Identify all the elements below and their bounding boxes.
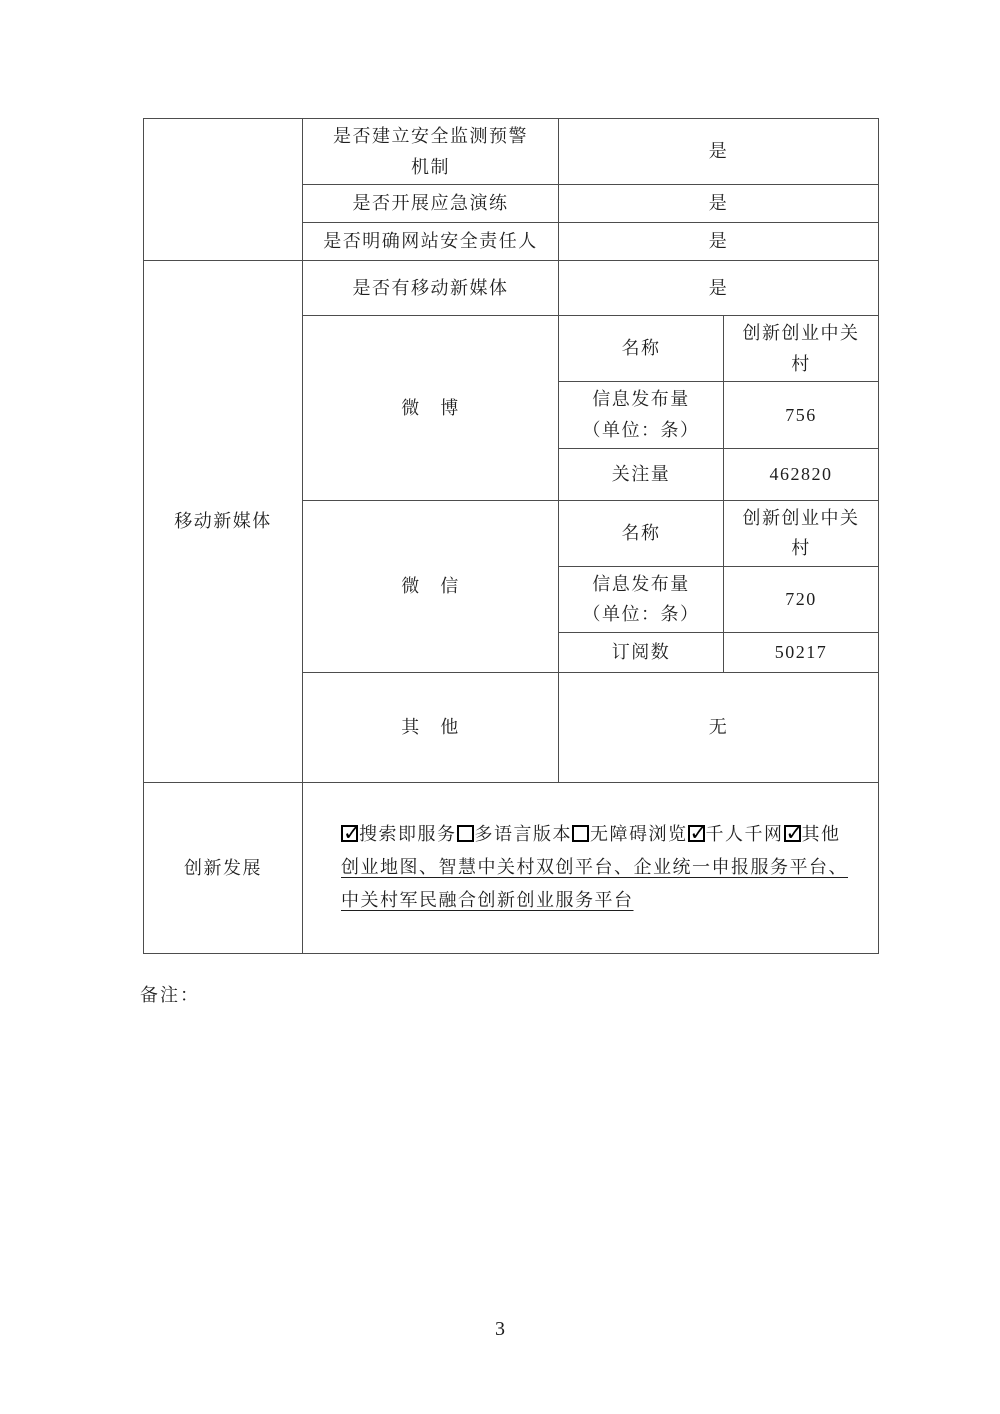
answer-cell: 是 [559, 261, 879, 316]
checkbox-label: 多语言版本 [475, 824, 573, 844]
checkbox-item-accessibility: 无障碍浏览 [572, 824, 688, 844]
checkbox-label: 搜索即服务 [359, 824, 457, 844]
answer-cell-other: 无 [559, 672, 879, 782]
field-label-line: 信息发布量 [567, 569, 715, 600]
field-label-weibo-followers: 关注量 [559, 448, 724, 500]
checkbox-search-service-icon [341, 825, 358, 842]
field-label-line: （单位：条） [567, 415, 715, 446]
platform-cell-wechat: 微 信 [303, 500, 559, 672]
answer-cell: 是 [559, 223, 879, 261]
section-header-innovation: 创新发展 [144, 782, 303, 953]
checkbox-label: 无障碍浏览 [590, 824, 688, 844]
document-page: 是否建立安全监测预警 机制 是 是否开展应急演练 是 是否明确网站安全责任人 是… [0, 0, 1000, 1414]
answer-cell: 是 [559, 185, 879, 223]
question-cell-emergency-drill: 是否开展应急演练 [303, 185, 559, 223]
remark-label: 备注： [140, 981, 200, 1007]
field-value-wechat-posts: 720 [724, 566, 879, 632]
field-label-wechat-posts: 信息发布量 （单位：条） [559, 566, 724, 632]
platform-cell-weibo: 微 博 [303, 316, 559, 500]
field-label-weibo-posts: 信息发布量 （单位：条） [559, 382, 724, 448]
section-header-mobile-media: 移动新媒体 [144, 261, 303, 783]
question-label-line: 是否建立安全监测预警 [311, 121, 550, 152]
answer-cell: 是 [559, 119, 879, 185]
empty-section-header-cell [144, 119, 303, 261]
checkbox-item-qianrenqianwang: 千人千网 [688, 824, 784, 844]
field-value-wechat-name: 创新创业中关村 [724, 500, 879, 566]
checkbox-qianrenqianwang-icon [688, 825, 705, 842]
platform-cell-other: 其 他 [303, 672, 559, 782]
field-label-weibo-name: 名称 [559, 316, 724, 382]
innovation-detail-line: 中关村军民融合创新创业服务平台 [341, 884, 868, 917]
checkbox-item-search-service: 搜索即服务 [341, 824, 457, 844]
question-label-line: 机制 [311, 152, 550, 183]
checkbox-item-multilingual: 多语言版本 [457, 824, 573, 844]
field-value-weibo-posts: 756 [724, 382, 879, 448]
checkbox-label: 千人千网 [706, 824, 784, 844]
field-label-line: 信息发布量 [567, 384, 715, 415]
table-row: 是否建立安全监测预警 机制 是 [144, 119, 879, 185]
innovation-content-cell: 搜索即服务多语言版本无障碍浏览千人千网其他 创业地图、智慧中关村双创平台、企业统… [303, 782, 879, 953]
question-cell-security-responsible: 是否明确网站安全责任人 [303, 223, 559, 261]
field-value-weibo-name: 创新创业中关村 [724, 316, 879, 382]
table-row: 创新发展 搜索即服务多语言版本无障碍浏览千人千网其他 创业地图、智慧中关村双创平… [144, 782, 879, 953]
checkbox-line: 搜索即服务多语言版本无障碍浏览千人千网其他 [341, 818, 868, 851]
table-row: 移动新媒体 是否有移动新媒体 是 [144, 261, 879, 316]
checkbox-label: 其他 [802, 824, 841, 844]
field-label-wechat-name: 名称 [559, 500, 724, 566]
field-label-wechat-subscribers: 订阅数 [559, 632, 724, 672]
checkbox-other-icon [784, 825, 801, 842]
question-cell-security-monitoring: 是否建立安全监测预警 机制 [303, 119, 559, 185]
field-value-weibo-followers: 462820 [724, 448, 879, 500]
checkbox-multilingual-icon [457, 825, 474, 842]
page-number: 3 [0, 1318, 1000, 1341]
field-label-line: （单位：条） [567, 599, 715, 630]
report-table: 是否建立安全监测预警 机制 是 是否开展应急演练 是 是否明确网站安全责任人 是… [143, 118, 879, 954]
field-value-wechat-subscribers: 50217 [724, 632, 879, 672]
innovation-detail-line: 创业地图、智慧中关村双创平台、企业统一申报服务平台、 [341, 851, 868, 884]
checkbox-item-other: 其他 [784, 824, 841, 844]
question-cell-has-new-media: 是否有移动新媒体 [303, 261, 559, 316]
checkbox-accessibility-icon [572, 825, 589, 842]
